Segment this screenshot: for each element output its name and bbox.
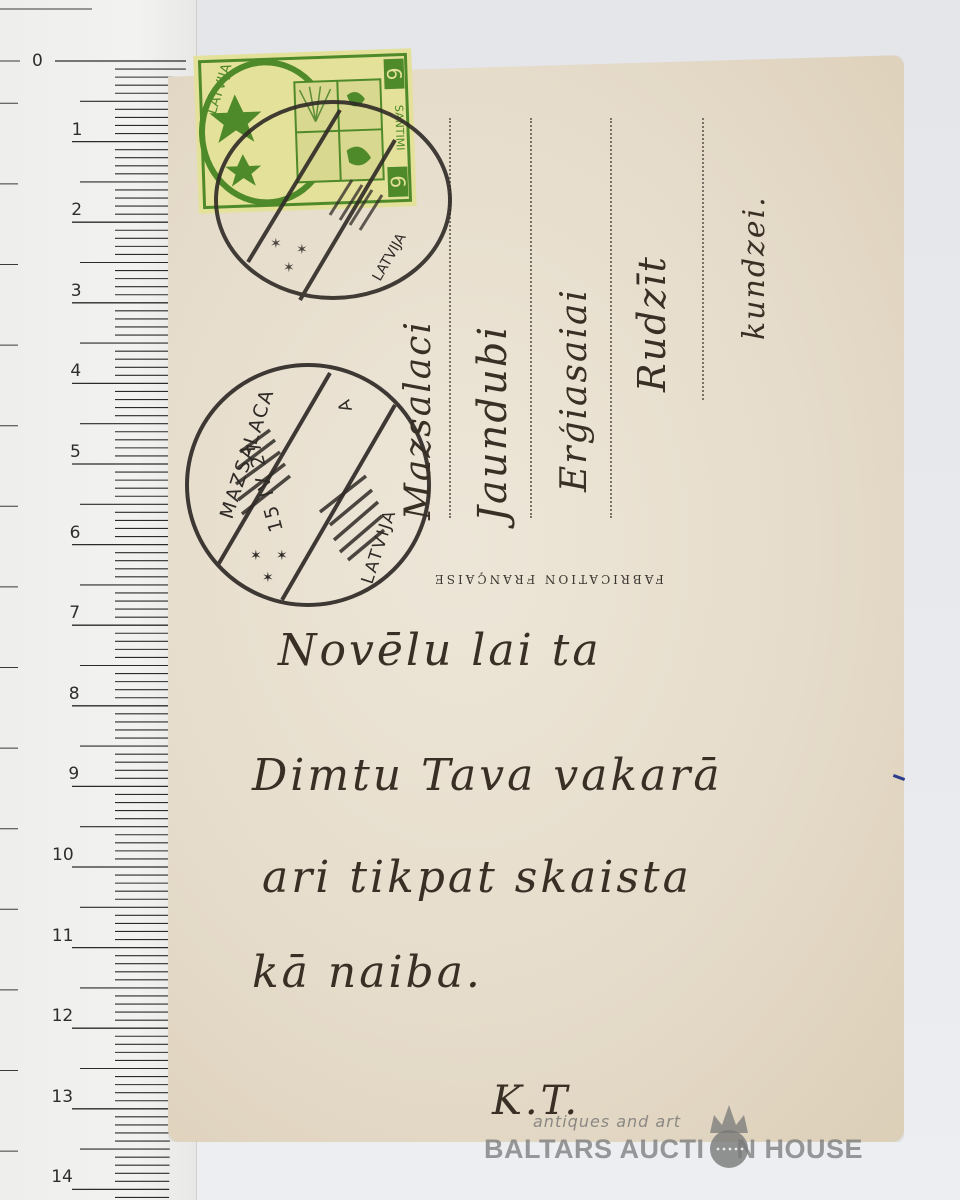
postmark-1 <box>216 102 450 300</box>
address-line-title: kundzei. <box>737 195 772 340</box>
message-line-4: kā naiba. <box>252 947 483 998</box>
svg-text:✶: ✶ <box>270 236 282 252</box>
address-line-parish: Jaundubi <box>470 325 516 522</box>
watermark-brand-right: N HOUSE <box>736 1134 863 1164</box>
message-line-3: ari tikpat skaista <box>262 852 692 903</box>
svg-text:✶: ✶ <box>296 242 308 258</box>
postmark-layer: ✶ ✶ ✶ LATVIJA ✶ ✶ ✶ MAZSALACA LATVIJA 15… <box>0 0 960 1200</box>
watermark-brand-left: BALTARS AUCTI <box>484 1134 704 1164</box>
svg-text:A: A <box>334 397 356 414</box>
message-line-1: Novēlu lai ta <box>278 625 602 676</box>
svg-text:15 IV 27: 15 IV 27 <box>242 437 288 535</box>
svg-text:✶: ✶ <box>262 570 274 586</box>
svg-text:✶: ✶ <box>283 260 295 276</box>
svg-text:✶: ✶ <box>250 548 262 564</box>
address-line-town: Mazsalaci <box>398 320 439 520</box>
watermark-brand: BALTARS AUCTIN HOUSE <box>484 1134 863 1165</box>
svg-text:✶: ✶ <box>276 548 288 564</box>
crown-logo-icon <box>706 1103 752 1169</box>
watermark-tagline: antiques and art <box>533 1112 681 1131</box>
address-line-farm: Erģiasaiai <box>554 288 595 492</box>
message-line-2: Dimtu Tava vakarā <box>252 750 723 801</box>
address-line-recipient: Rudzīt <box>630 255 674 392</box>
publisher-imprint: FABRICATION FRANÇAISE <box>432 572 664 586</box>
